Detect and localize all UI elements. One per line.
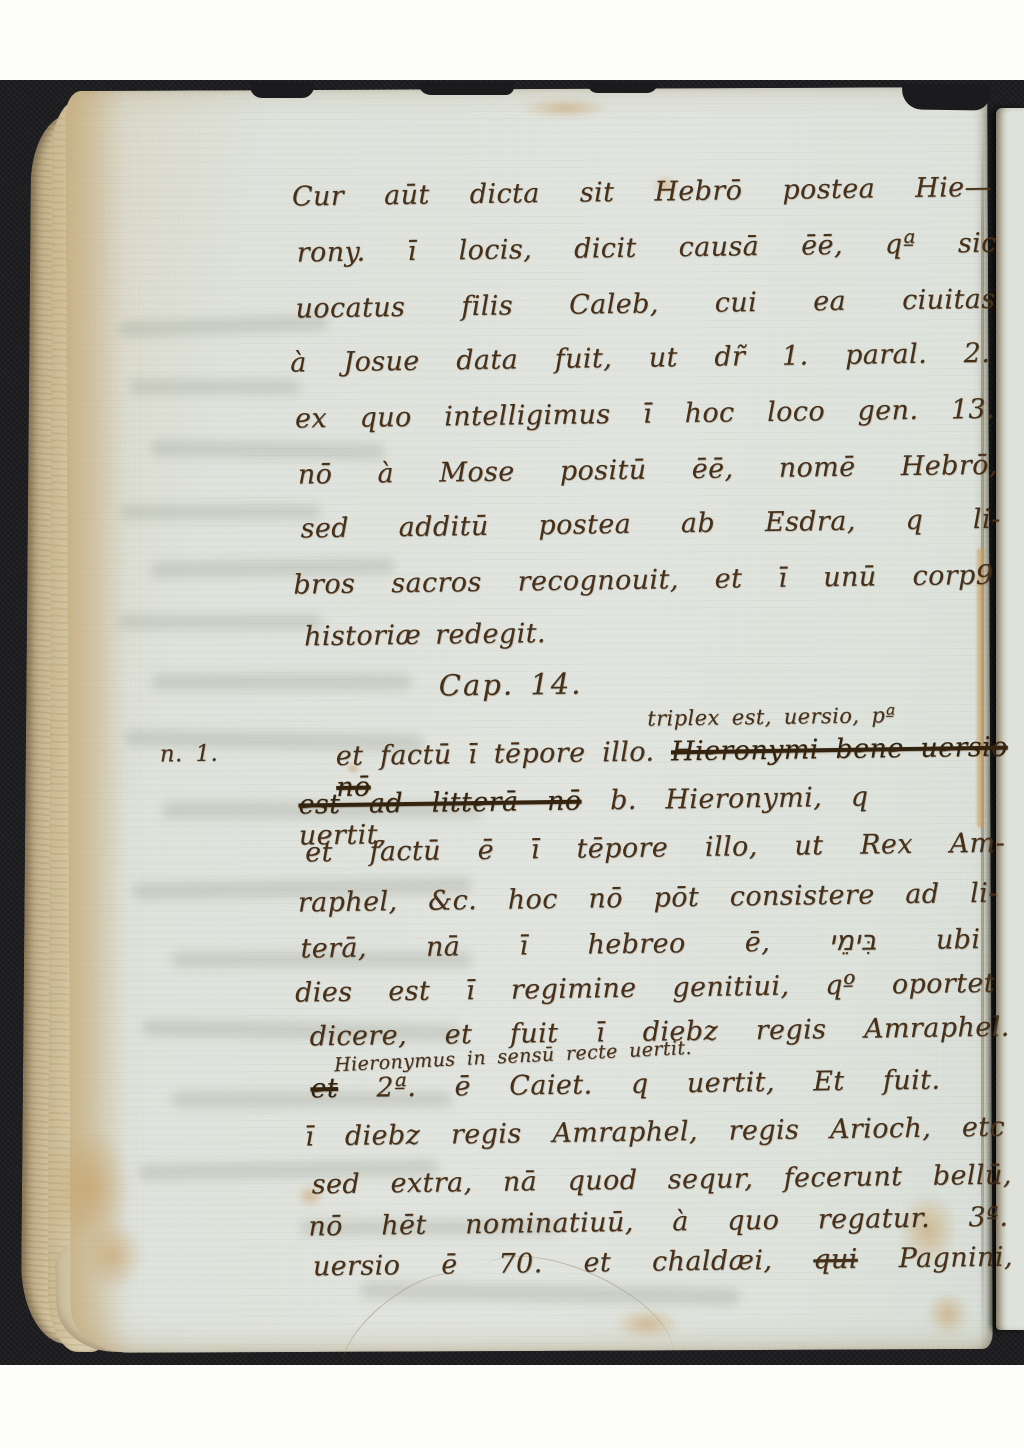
line-text: 2ª. ē Caiet. q uertit, Et fuit. xyxy=(376,1065,940,1104)
manuscript-line: uocatus filis Caleb, cui ea ciuitas xyxy=(295,284,995,325)
line-text: Pagnini, xyxy=(898,1242,1013,1275)
manuscript-line: nō à Mose positū ēē, nomē Hebrō, xyxy=(298,450,998,491)
manuscript-line: bros sacros recognouit, et ī unū corp9 xyxy=(293,560,993,601)
manuscript-line: Cur aūt dicta sit Hebrō postea Hie— xyxy=(292,172,992,213)
chapter-heading: Cap. 14. xyxy=(439,668,583,703)
manuscript-line: sed extra, nā quod sequr, fecerunt bellū… xyxy=(312,1160,1012,1201)
manuscript-line: historiæ redegit. xyxy=(304,618,546,652)
strikethrough-text: et xyxy=(310,1073,338,1104)
line-text: et factū ī tēpore illo. xyxy=(336,737,655,772)
white-mat-top xyxy=(0,0,1024,80)
line-text: uersio ē 70. et chaldæi, xyxy=(313,1245,773,1282)
manuscript-line: sed additū postea ab Esdra, q li- xyxy=(300,504,1000,545)
manuscript-line: à Josue data fuit, ut dr̃ 1. paral. 2. xyxy=(290,338,990,379)
interlinear-insert: triplex est, uersio, pª xyxy=(647,703,896,731)
manuscript-line: rony. ī locis, dicit causā ēē, qª sic xyxy=(297,228,997,269)
manuscript-photo: n. 1. Cur aūt dicta sit Hebrō postea Hie… xyxy=(0,80,1024,1365)
manuscript-line: ī diebz regis Amraphel, regis Arioch, et… xyxy=(305,1112,1005,1153)
handwritten-text-block: n. 1. Cur aūt dicta sit Hebrō postea Hie… xyxy=(0,80,1024,1365)
manuscript-line: dies est ī regimine genitiui, qº oportet xyxy=(295,968,995,1009)
manuscript-line: nō hēt nominatiuū, à quo regatur. 3ª. xyxy=(308,1202,1008,1243)
manuscript-line: ex quo intelligimus ī hoc loco gen. 13. xyxy=(295,394,995,435)
manuscript-line: uersio ē 70. et chaldæi, qui Pagnini, xyxy=(313,1242,1013,1283)
strikethrough-text: qui xyxy=(813,1244,858,1276)
strikethrough-text: est ad litterā nō xyxy=(298,786,581,821)
manuscript-line-hebrew: terā, nā ī hebreo ē, בִּימֵי ubi xyxy=(300,924,980,965)
margin-note: n. 1. xyxy=(160,741,219,768)
white-mat-bottom xyxy=(0,1365,1024,1448)
manuscript-line: raphel, &c. hoc nō pōt consistere ad li- xyxy=(298,878,998,919)
